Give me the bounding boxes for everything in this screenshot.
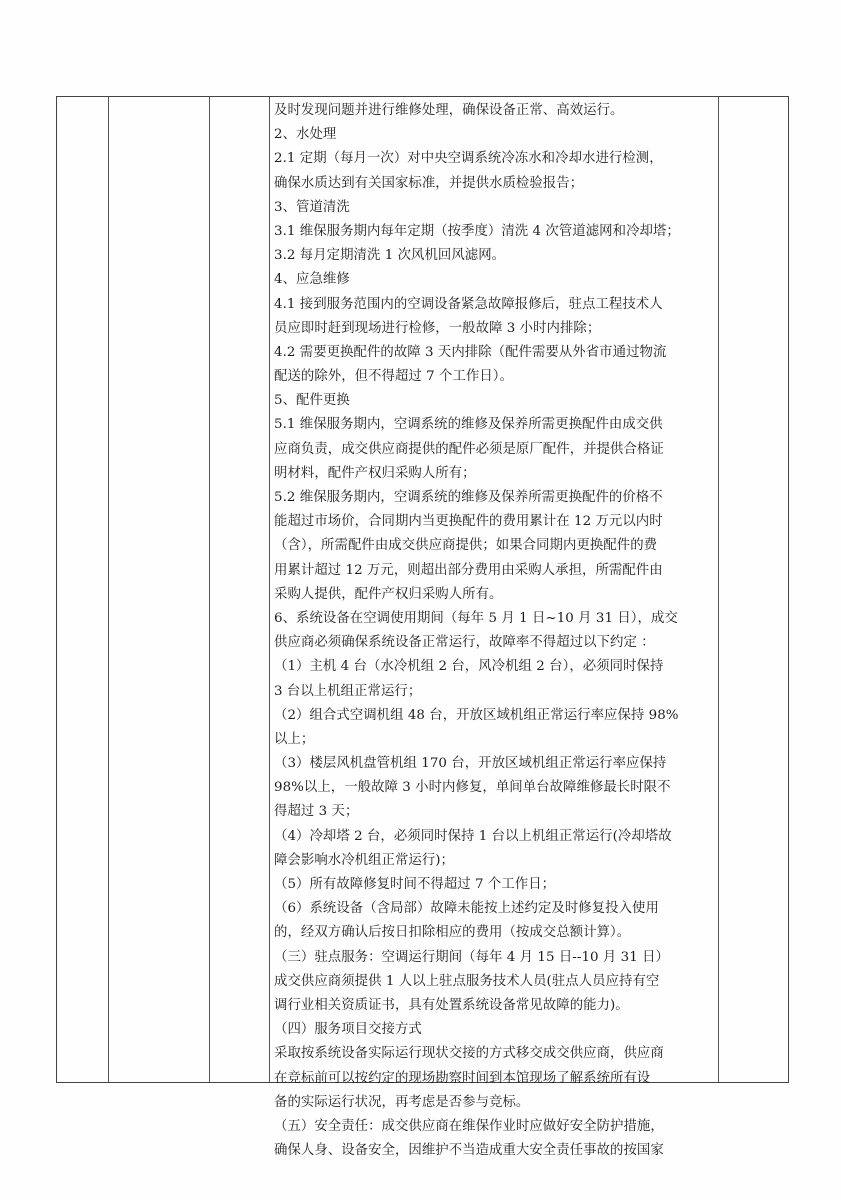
content-line: 4.2 需要更换配件的故障 3 天内排除（配件需要从外省市通过物流 [274, 341, 714, 365]
content-line: 98%以上，一般故障 3 小时内修复，单间单台故障维修最长时限不 [274, 776, 714, 800]
content-line: （四）服务项目交接方式 [274, 1018, 714, 1042]
content-line: 备的实际运行状况，再考虑是否参与竞标。 [274, 1091, 714, 1115]
content-line: （4）冷却塔 2 台，必须同时保持 1 台以上机组正常运行(冷却塔故 [274, 825, 714, 849]
content-line: 明材料，配件产权归采购人所有； [274, 462, 714, 486]
content-line: 5、配件更换 [274, 389, 714, 413]
content-line: 能超过市场价，合同期内当更换配件的费用累计在 12 万元以内时 [274, 510, 714, 534]
content-line: 5.2 维保服务期内，空调系统的维修及保养所需更换配件的价格不 [274, 486, 714, 510]
content-line: （2）组合式空调机组 48 台，开放区域机组正常运行率应保持 98% [274, 704, 714, 728]
content-line: 成交供应商须提供 1 人以上驻点服务技术人员(驻点人员应持有空 [274, 970, 714, 994]
content-line: 4、应急维修 [274, 268, 714, 292]
column-divider [718, 97, 719, 1082]
requirements-table: 及时发现问题并进行维修处理，确保设备正常、高效运行。2、水处理2.1 定期（每月… [56, 96, 789, 1083]
content-line: 4.1 接到服务范围内的空调设备紧急故障报修后，驻点工程技术人 [274, 293, 714, 317]
content-line: 在竞标前可以按约定的现场勘察时间到本馆现场了解系统所有设 [274, 1067, 714, 1091]
column-divider [269, 97, 270, 1082]
content-line: 得超过 3 天； [274, 800, 714, 824]
content-line: 配送的除外，但不得超过 7 个工作日）。 [274, 365, 714, 389]
content-line: （1）主机 4 台（水冷机组 2 台，风冷机组 2 台），必须同时保持 [274, 655, 714, 679]
content-line: 3.2 每月定期清洗 1 次风机回风滤网。 [274, 244, 714, 268]
content-line: 2、水处理 [274, 123, 714, 147]
content-line: 供应商必须确保系统设备正常运行，故障率不得超过以下约定 ： [274, 631, 714, 655]
content-line: 以上； [274, 728, 714, 752]
content-line: 2.1 定期（每月一次）对中央空调系统冷冻水和冷却水进行检测， [274, 147, 714, 171]
content-line: 3.1 维保服务期内每年定期（按季度）清洗 4 次管道滤网和冷却塔； [274, 220, 714, 244]
content-line: 员应即时赶到现场进行检修，一般故障 3 小时内排除； [274, 317, 714, 341]
content-line: 及时发现问题并进行维修处理，确保设备正常、高效运行。 [274, 99, 714, 123]
content-line: （含），所需配件由成交供应商提供；如果合同期内更换配件的费 [274, 534, 714, 558]
column-divider [209, 97, 210, 1082]
content-line: 采取按系统设备实际运行现状交接的方式移交成交供应商，供应商 [274, 1042, 714, 1066]
content-line: 3 台以上机组正常运行； [274, 680, 714, 704]
content-line: 采购人提供，配件产权归采购人所有。 [274, 583, 714, 607]
content-line: （5）所有故障修复时间不得超过 7 个工作日； [274, 873, 714, 897]
content-line: 调行业相关资质证书，具有处置系统设备常见故障的能力)。 [274, 994, 714, 1018]
content-line: 3、管道清洗 [274, 196, 714, 220]
content-line: （6）系统设备（含局部）故障未能按上述约定及时修复投入使用 [274, 897, 714, 921]
content-line: 应商负责，成交供应商提供的配件必须是原厂配件，并提供合格证 [274, 438, 714, 462]
content-line: （五）安全责任：成交供应商在维保作业时应做好安全防护措施， [274, 1115, 714, 1139]
column-divider [108, 97, 109, 1082]
content-line: 用累计超过 12 万元，则超出部分费用由采购人承担，所需配件由 [274, 559, 714, 583]
content-cell: 及时发现问题并进行维修处理，确保设备正常、高效运行。2、水处理2.1 定期（每月… [274, 99, 714, 1163]
content-line: 6、系统设备在空调使用期间（每年 5 月 1 日~10 月 31 日），成交 [274, 607, 714, 631]
content-line: 确保人身、设备安全，因维护不当造成重大安全责任事故的按国家 [274, 1139, 714, 1163]
content-line: 的，经双方确认后按日扣除相应的费用（按成交总额计算）。 [274, 921, 714, 945]
content-line: 障会影响水冷机组正常运行)； [274, 849, 714, 873]
content-line: （三）驻点服务：空调运行期间（每年 4 月 15 日--10 月 31 日） [274, 946, 714, 970]
content-line: 确保水质达到有关国家标准，并提供水质检验报告； [274, 172, 714, 196]
content-line: （3）楼层风机盘管机组 170 台，开放区域机组正常运行率应保持 [274, 752, 714, 776]
content-line: 5.1 维保服务期内，空调系统的维修及保养所需更换配件由成交供 [274, 413, 714, 437]
